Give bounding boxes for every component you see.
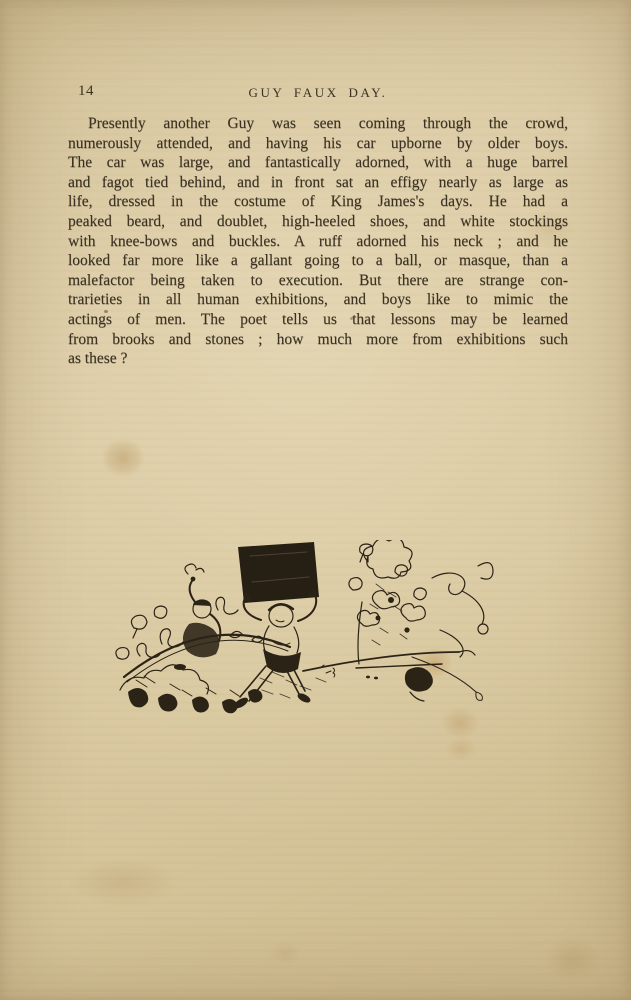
text-line: as these ? [68, 349, 568, 369]
text-line: looked far more like a gallant going to … [68, 251, 568, 271]
foxing-stain [94, 432, 152, 484]
foxing-stain [530, 926, 614, 992]
text-line: malefactor being taken to execution. But… [68, 271, 568, 291]
text-line: trarieties in all human exhibitions, and… [68, 290, 568, 310]
text-line: The car was large, and fantastically ado… [68, 153, 568, 173]
body-paragraph: Presently another Guy was seen coming th… [68, 114, 568, 369]
foxing-stain [262, 936, 308, 970]
text-line: with knee-bows and buckles. A ruff adorn… [68, 232, 568, 252]
text-line: actings of men. The poet tells us that l… [68, 310, 568, 330]
text-line: from brooks and stones ; how much more f… [68, 330, 568, 350]
text-line: life, dressed in the costume of King Jam… [68, 192, 568, 212]
tailpiece-illustration [110, 540, 500, 715]
foxing-stain [48, 850, 198, 914]
text-line: Presently another Guy was seen coming th… [68, 114, 568, 134]
book-page: 14 GUY FAUX DAY. Presently another Guy w… [0, 0, 631, 1000]
text-line: peaked beard, and doublet, high-heeled s… [68, 212, 568, 232]
text-line: numerously attended, and having his car … [68, 134, 568, 154]
foxing-stain [438, 732, 484, 766]
text-line: and fagot tied behind, and in front sat … [68, 173, 568, 193]
running-header-title: GUY FAUX DAY. [68, 85, 568, 101]
illustration-strokes [116, 540, 493, 713]
